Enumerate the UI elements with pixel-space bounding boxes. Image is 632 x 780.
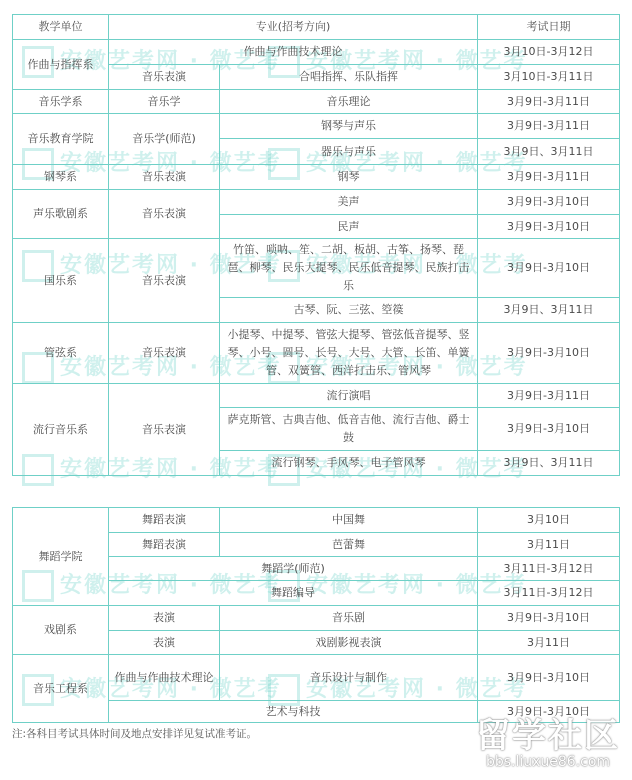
date-cell: 3月9日、3月11日: [478, 139, 620, 165]
department-cell: 流行音乐系: [13, 384, 109, 476]
header-exam-date: 考试日期: [478, 15, 620, 40]
date-cell: 3月9日-3月10日: [478, 606, 620, 631]
major-cell: 艺术与科技: [109, 701, 478, 723]
table-row: 钢琴系 音乐表演 钢琴 3月9日-3月11日: [13, 165, 620, 190]
department-cell: 音乐学系: [13, 90, 109, 114]
category-cell: 表演: [109, 606, 220, 631]
exam-schedule-table-2: 舞蹈学院 舞蹈表演 中国舞 3月10日 舞蹈表演 芭蕾舞 3月11日 舞蹈学(师…: [12, 507, 620, 723]
date-cell: 3月11日-3月12日: [478, 581, 620, 606]
major-cell: 小提琴、中提琴、管弦大提琴、管弦低音提琴、竖琴、小号、圆号、长号、大号、大管、长…: [220, 323, 478, 384]
category-cell: 音乐学: [109, 90, 220, 114]
table-row: 音乐教育学院 音乐学(师范) 钢琴与声乐 3月9日-3月11日: [13, 114, 620, 139]
category-cell: 作曲与作曲技术理论: [109, 655, 220, 701]
date-cell: 3月9日-3月10日: [478, 239, 620, 298]
table-header-row: 教学单位 专业(招考方向) 考试日期: [13, 15, 620, 40]
date-cell: 3月9日-3月11日: [478, 165, 620, 190]
category-cell: 音乐表演: [109, 65, 220, 90]
category-cell: 音乐表演: [109, 239, 220, 323]
table-row: 音乐学系 音乐学 音乐理论 3月9日-3月11日: [13, 90, 620, 114]
table-row: 舞蹈学院 舞蹈表演 中国舞 3月10日: [13, 508, 620, 533]
footnote: 注:各科目考试具体时间及地点安排详见复试准考证。: [12, 726, 257, 741]
major-cell: 萨克斯管、古典吉他、低音吉他、流行吉他、爵士鼓: [220, 408, 478, 451]
table-row: 流行音乐系 音乐表演 流行演唱 3月9日-3月11日: [13, 384, 620, 408]
table-row: 作曲与指挥系 作曲与作曲技术理论 3月10日-3月12日: [13, 40, 620, 65]
table-row: 音乐工程系 作曲与作曲技术理论 音乐设计与制作 3月9日-3月10日: [13, 655, 620, 701]
date-cell: 3月11日-3月12日: [478, 557, 620, 581]
category-cell: 音乐表演: [109, 190, 220, 239]
major-cell: 器乐与声乐: [220, 139, 478, 165]
category-cell: 音乐表演: [109, 323, 220, 384]
major-cell: 舞蹈学(师范): [109, 557, 478, 581]
major-cell: 合唱指挥、乐队指挥: [220, 65, 478, 90]
department-cell: 声乐歌剧系: [13, 190, 109, 239]
table-row: 国乐系 音乐表演 竹笛、唢呐、笙、二胡、板胡、古筝、扬琴、琵琶、柳琴、民乐大提琴…: [13, 239, 620, 298]
date-cell: 3月9日、3月11日: [478, 298, 620, 323]
department-cell: 作曲与指挥系: [13, 40, 109, 90]
category-cell: 舞蹈表演: [109, 533, 220, 557]
major-cell: 古琴、阮、三弦、箜篌: [220, 298, 478, 323]
date-cell: 3月9日-3月11日: [478, 384, 620, 408]
logo-title: 留学社区: [476, 718, 620, 754]
date-cell: 3月10日-3月11日: [478, 65, 620, 90]
category-cell: 舞蹈表演: [109, 508, 220, 533]
major-cell: 钢琴与声乐: [220, 114, 478, 139]
major-cell: 中国舞: [220, 508, 478, 533]
department-cell: 管弦系: [13, 323, 109, 384]
department-cell: 舞蹈学院: [13, 508, 109, 606]
date-cell: 3月10日: [478, 508, 620, 533]
date-cell: 3月9日-3月10日: [478, 408, 620, 451]
date-cell: 3月9日-3月10日: [478, 701, 620, 723]
date-cell: 3月9日-3月10日: [478, 190, 620, 215]
department-cell: 国乐系: [13, 239, 109, 323]
department-cell: 钢琴系: [13, 165, 109, 190]
major-cell: 流行钢琴、手风琴、电子管风琴: [220, 451, 478, 476]
major-cell: 戏剧影视表演: [220, 631, 478, 655]
table-row: 戏剧系 表演 音乐剧 3月9日-3月10日: [13, 606, 620, 631]
major-cell: 音乐剧: [220, 606, 478, 631]
category-cell: 表演: [109, 631, 220, 655]
date-cell: 3月11日: [478, 631, 620, 655]
date-cell: 3月9日、3月11日: [478, 451, 620, 476]
site-logo: 留学社区 bbs.liuxue86.com: [476, 718, 620, 770]
major-cell: 钢琴: [220, 165, 478, 190]
table-row: 声乐歌剧系 音乐表演 美声 3月9日-3月10日: [13, 190, 620, 215]
major-cell: 舞蹈编导: [109, 581, 478, 606]
header-department: 教学单位: [13, 15, 109, 40]
category-cell: 音乐表演: [109, 165, 220, 190]
date-cell: 3月9日-3月11日: [478, 90, 620, 114]
date-cell: 3月9日-3月10日: [478, 215, 620, 239]
department-cell: 音乐工程系: [13, 655, 109, 723]
date-cell: 3月9日-3月10日: [478, 655, 620, 701]
major-cell: 音乐设计与制作: [220, 655, 478, 701]
major-cell: 作曲与作曲技术理论: [109, 40, 478, 65]
category-cell: 音乐学(师范): [109, 114, 220, 165]
exam-schedule-table-1: 教学单位 专业(招考方向) 考试日期 作曲与指挥系 作曲与作曲技术理论 3月10…: [12, 14, 620, 476]
date-cell: 3月11日: [478, 533, 620, 557]
department-cell: 戏剧系: [13, 606, 109, 655]
major-cell: 芭蕾舞: [220, 533, 478, 557]
header-major: 专业(招考方向): [109, 15, 478, 40]
date-cell: 3月10日-3月12日: [478, 40, 620, 65]
date-cell: 3月9日-3月10日: [478, 323, 620, 384]
major-cell: 美声: [220, 190, 478, 215]
major-cell: 音乐理论: [220, 90, 478, 114]
logo-url: bbs.liuxue86.com: [476, 754, 620, 770]
table-row: 管弦系 音乐表演 小提琴、中提琴、管弦大提琴、管弦低音提琴、竖琴、小号、圆号、长…: [13, 323, 620, 384]
major-cell: 竹笛、唢呐、笙、二胡、板胡、古筝、扬琴、琵琶、柳琴、民乐大提琴、民乐低音提琴、民…: [220, 239, 478, 298]
major-cell: 流行演唱: [220, 384, 478, 408]
department-cell: 音乐教育学院: [13, 114, 109, 165]
category-cell: 音乐表演: [109, 384, 220, 476]
date-cell: 3月9日-3月11日: [478, 114, 620, 139]
major-cell: 民声: [220, 215, 478, 239]
